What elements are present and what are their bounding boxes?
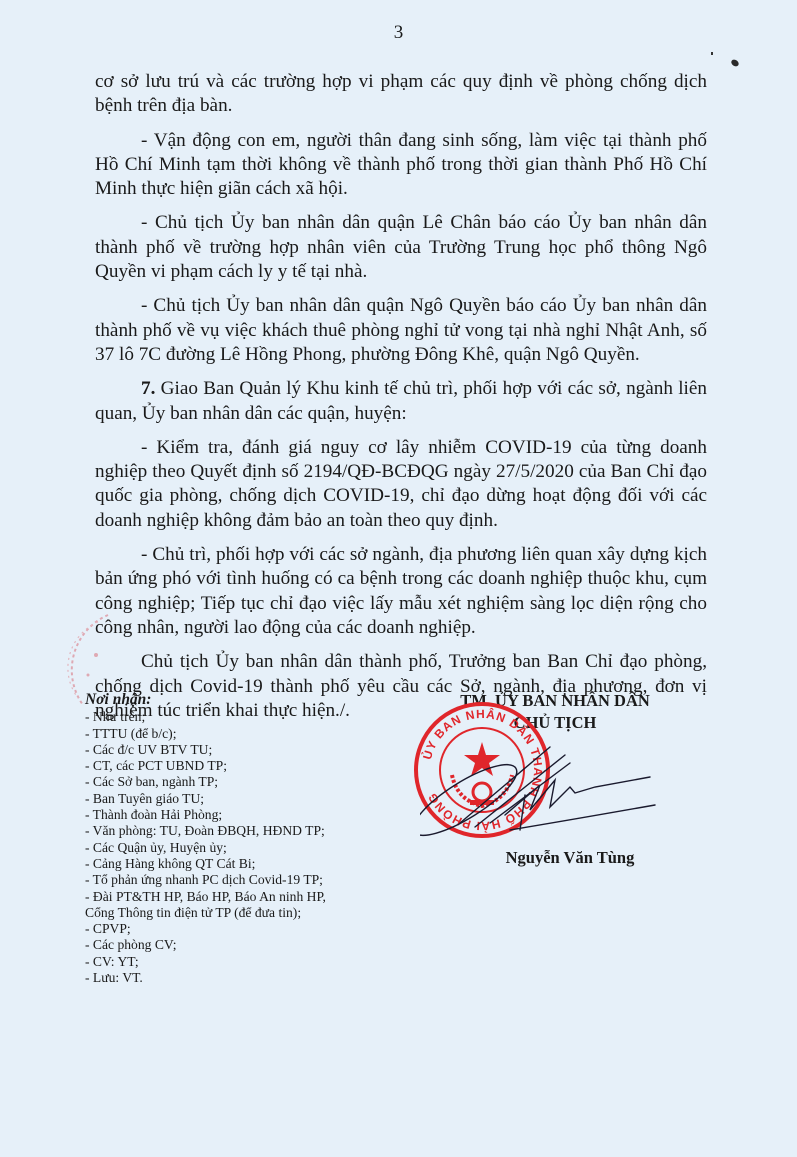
recipients-list: Nơi nhận: - Như trên;- TTTU (để b/c);- C… <box>85 692 385 986</box>
paragraph-text: - Vận động con em, người thân đang sinh … <box>95 130 707 200</box>
body-paragraph: - Chủ tịch Ủy ban nhân dân quận Lê Chân … <box>95 211 707 284</box>
recipient-item: - CV: YT; <box>85 954 385 970</box>
body-paragraph: - Chủ trì, phối hợp với các sở ngành, đị… <box>95 543 707 640</box>
scan-artifact-dot <box>711 52 713 55</box>
signer-name: Nguyễn Văn Tùng <box>470 848 670 868</box>
recipient-item: Cổng Thông tin điện tử TP (để đưa tin); <box>85 905 385 921</box>
body-paragraph: - Vận động con em, người thân đang sinh … <box>95 129 707 202</box>
body-paragraph: 7. Giao Ban Quản lý Khu kinh tế chủ trì,… <box>95 377 707 426</box>
section-number: 7. <box>141 378 155 399</box>
body-paragraph: cơ sở lưu trú và các trường hợp vi phạm … <box>95 70 707 119</box>
scan-artifact-mark <box>730 58 740 68</box>
recipient-item: - Đài PT&TH HP, Báo HP, Báo An ninh HP, <box>85 889 385 905</box>
paragraph-text: - Chủ tịch Ủy ban nhân dân quận Ngô Quyề… <box>95 295 707 365</box>
recipient-item: - Văn phòng: TU, Đoàn ĐBQH, HĐND TP; <box>85 823 385 839</box>
paragraph-text: cơ sở lưu trú và các trường hợp vi phạm … <box>95 71 707 116</box>
recipient-item: - Các đ/c UV BTV TU; <box>85 742 385 758</box>
document-body: cơ sở lưu trú và các trường hợp vi phạm … <box>95 70 707 733</box>
recipient-item: - Các phòng CV; <box>85 937 385 953</box>
recipient-item: - Các Quận ủy, Huyện ủy; <box>85 840 385 856</box>
recipient-item: - Ban Tuyên giáo TU; <box>85 791 385 807</box>
recipients-title: Nơi nhận: <box>85 692 385 708</box>
page-number: 3 <box>0 22 797 44</box>
paragraph-text: - Kiểm tra, đánh giá nguy cơ lây nhiễm C… <box>95 437 707 531</box>
body-paragraph: - Kiểm tra, đánh giá nguy cơ lây nhiễm C… <box>95 436 707 533</box>
paragraph-text: - Chủ tịch Ủy ban nhân dân quận Lê Chân … <box>95 212 707 282</box>
recipient-item: - Thành đoàn Hải Phòng; <box>85 807 385 823</box>
paragraph-text: Giao Ban Quản lý Khu kinh tế chủ trì, ph… <box>95 378 707 423</box>
body-paragraph: - Chủ tịch Ủy ban nhân dân quận Ngô Quyề… <box>95 294 707 367</box>
recipient-item: - Các Sở ban, ngành TP; <box>85 774 385 790</box>
recipient-item: - TTTU (để b/c); <box>85 726 385 742</box>
handwritten-signature-icon <box>420 735 660 845</box>
recipient-item: - CPVP; <box>85 921 385 937</box>
recipient-item: - Lưu: VT. <box>85 970 385 986</box>
recipient-item: - Cảng Hàng không QT Cát Bi; <box>85 856 385 872</box>
recipient-item: - CT, các PCT UBND TP; <box>85 758 385 774</box>
paragraph-text: - Chủ trì, phối hợp với các sở ngành, đị… <box>95 544 707 638</box>
recipient-item: - Như trên; <box>85 709 385 725</box>
recipient-item: - Tổ phản ứng nhanh PC dịch Covid-19 TP; <box>85 872 385 888</box>
